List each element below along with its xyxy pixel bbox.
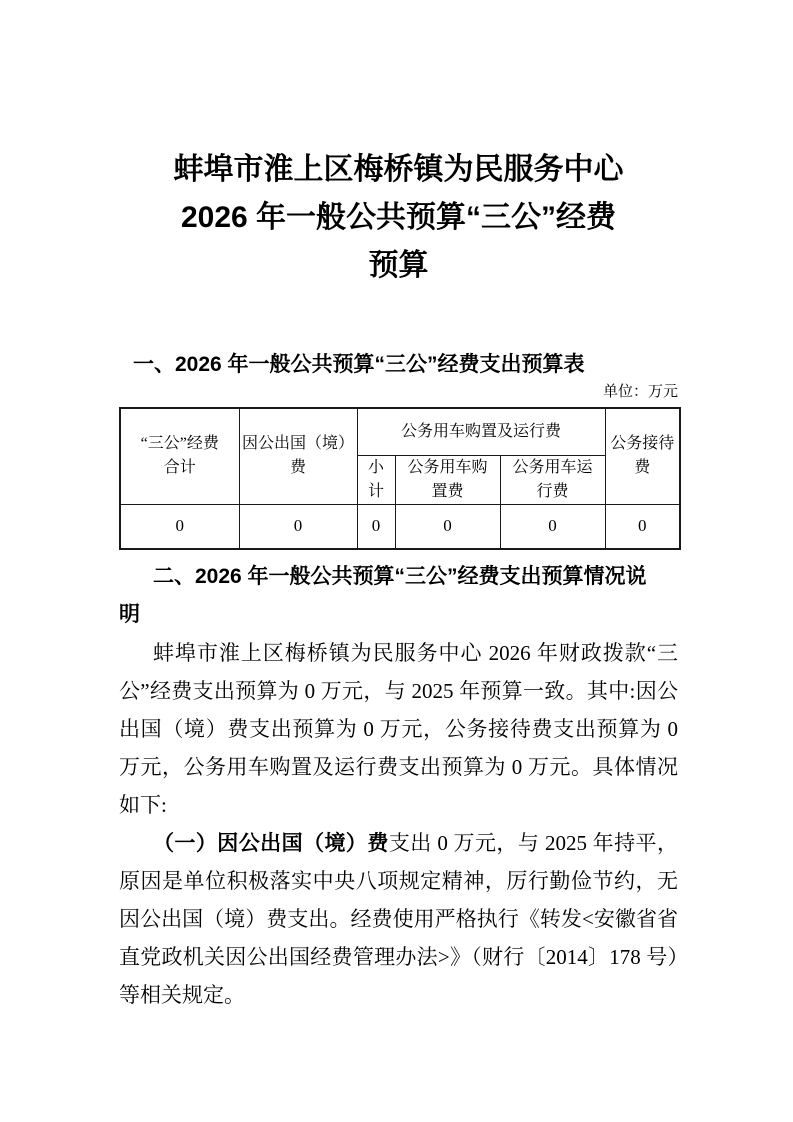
document-page: 蚌埠市淮上区梅桥镇为民服务中心 2026 年一般公共预算“三公”经费 预算 一、… (0, 0, 793, 1122)
paragraph-overview-text: 蚌埠市淮上区梅桥镇为民服务中心 2026 年财政拨款“三公”经费支出预算为 0 … (119, 641, 678, 817)
header-cell-subtotal: 小 计 (357, 455, 395, 504)
unit-note: 单位：万元 (119, 382, 678, 402)
header-cell-reception: 公务接待 费 (605, 408, 680, 504)
value-cell-operation: 0 (500, 504, 605, 549)
header-cell-vehicle-group: 公务用车购置及运行费 (357, 408, 605, 455)
value-cell-reception: 0 (605, 504, 680, 549)
title-line-2: 2026 年一般公共预算“三公”经费 (119, 194, 678, 242)
section1-heading: 一、2026 年一般公共预算“三公”经费支出预算表 (119, 351, 678, 379)
header-cell-operation: 公务用车运 行费 (500, 455, 605, 504)
header-cell-sangong-total: “三公”经费 合计 (120, 408, 239, 504)
section2-heading: 二、2026 年一般公共预算“三公”经费支出预算情况说 明 (119, 558, 678, 634)
table-data-row: 0 0 0 0 0 0 (120, 504, 680, 549)
document-title: 蚌埠市淮上区梅桥镇为民服务中心 2026 年一般公共预算“三公”经费 预算 (119, 146, 678, 290)
value-cell-abroad: 0 (239, 504, 357, 549)
table-header-row-1: “三公”经费 合计 因公出国（境） 费 公务用车购置及运行费 公务接待 费 (120, 408, 680, 455)
paragraph-abroad-text: 支出 0 万元，与 2025 年持平，原因是单位积极落实中央八项规定精神，厉行勤… (119, 831, 678, 1007)
value-cell-purchase: 0 (395, 504, 500, 549)
paragraph-overview: 蚌埠市淮上区梅桥镇为民服务中心 2026 年财政拨款“三公”经费支出预算为 0 … (119, 634, 678, 824)
value-cell-subtotal: 0 (357, 504, 395, 549)
value-cell-sangong-total: 0 (120, 504, 239, 549)
budget-table: “三公”经费 合计 因公出国（境） 费 公务用车购置及运行费 公务接待 费 小 … (119, 407, 681, 550)
title-line-1: 蚌埠市淮上区梅桥镇为民服务中心 (119, 146, 678, 194)
paragraph-abroad: （一）因公出国（境）费支出 0 万元，与 2025 年持平，原因是单位积极落实中… (119, 824, 678, 1014)
header-cell-purchase: 公务用车购 置费 (395, 455, 500, 504)
paragraph-abroad-lead: （一）因公出国（境）费 (153, 831, 389, 855)
title-line-3: 预算 (119, 242, 678, 290)
header-cell-abroad: 因公出国（境） 费 (239, 408, 357, 504)
